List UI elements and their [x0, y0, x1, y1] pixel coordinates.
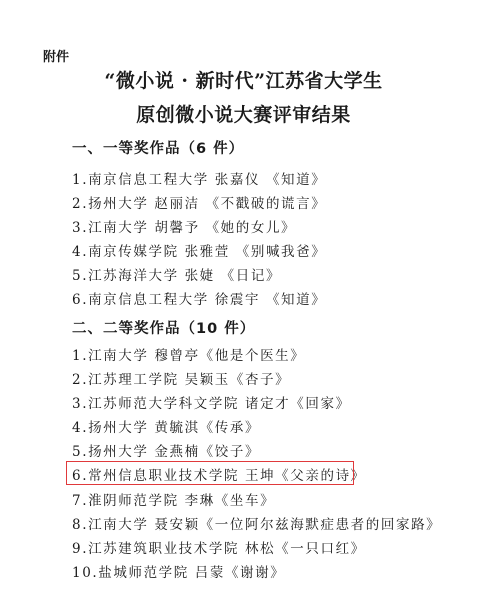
list-item: 3.江南大学 胡馨予 《她的女儿》: [72, 216, 296, 236]
list-item: 5.江苏海洋大学 张婕 《日记》: [72, 264, 281, 284]
attachment-label: 附件: [43, 46, 69, 65]
list-item: 9.江苏建筑职业技术学院 林松《一只口红》: [72, 537, 366, 557]
title-line-1: “微小说 · 新时代”江苏省大学生: [0, 66, 487, 93]
list-item: 7.淮阴师范学院 李琳《坐车》: [72, 489, 275, 509]
list-item: 2.江苏理工学院 吴颖玉《杏子》: [72, 368, 290, 388]
list-item: 10.盐城师范学院 吕蒙《谢谢》: [72, 561, 285, 581]
list-item: 1.江南大学 穆曾亭《他是个医生》: [72, 344, 305, 364]
list-item: 5.扬州大学 金燕楠《饺子》: [72, 440, 260, 460]
list-item: 2.扬州大学 赵丽洁 《不戳破的谎言》: [72, 192, 326, 212]
section-heading-second-prize: 二、二等奖作品（10 件）: [72, 317, 255, 338]
title-line-2: 原创微小说大赛评审结果: [0, 100, 487, 127]
list-item: 1.南京信息工程大学 张嘉仪 《知道》: [72, 168, 326, 188]
highlight-box: [66, 461, 354, 485]
section-heading-first-prize: 一、一等奖作品（6 件）: [72, 137, 244, 158]
list-item: 8.江南大学 聂安颖《一位阿尔兹海默症患者的回家路》: [72, 513, 441, 533]
list-item: 6.南京信息工程大学 徐震宇 《知道》: [72, 288, 326, 308]
list-item: 4.南京传媒学院 张雅萱 《别喊我爸》: [72, 240, 326, 260]
list-item: 4.扬州大学 黄毓淇《传承》: [72, 416, 260, 436]
list-item: 3.江苏师范大学科文学院 诸定才《回家》: [72, 392, 351, 412]
